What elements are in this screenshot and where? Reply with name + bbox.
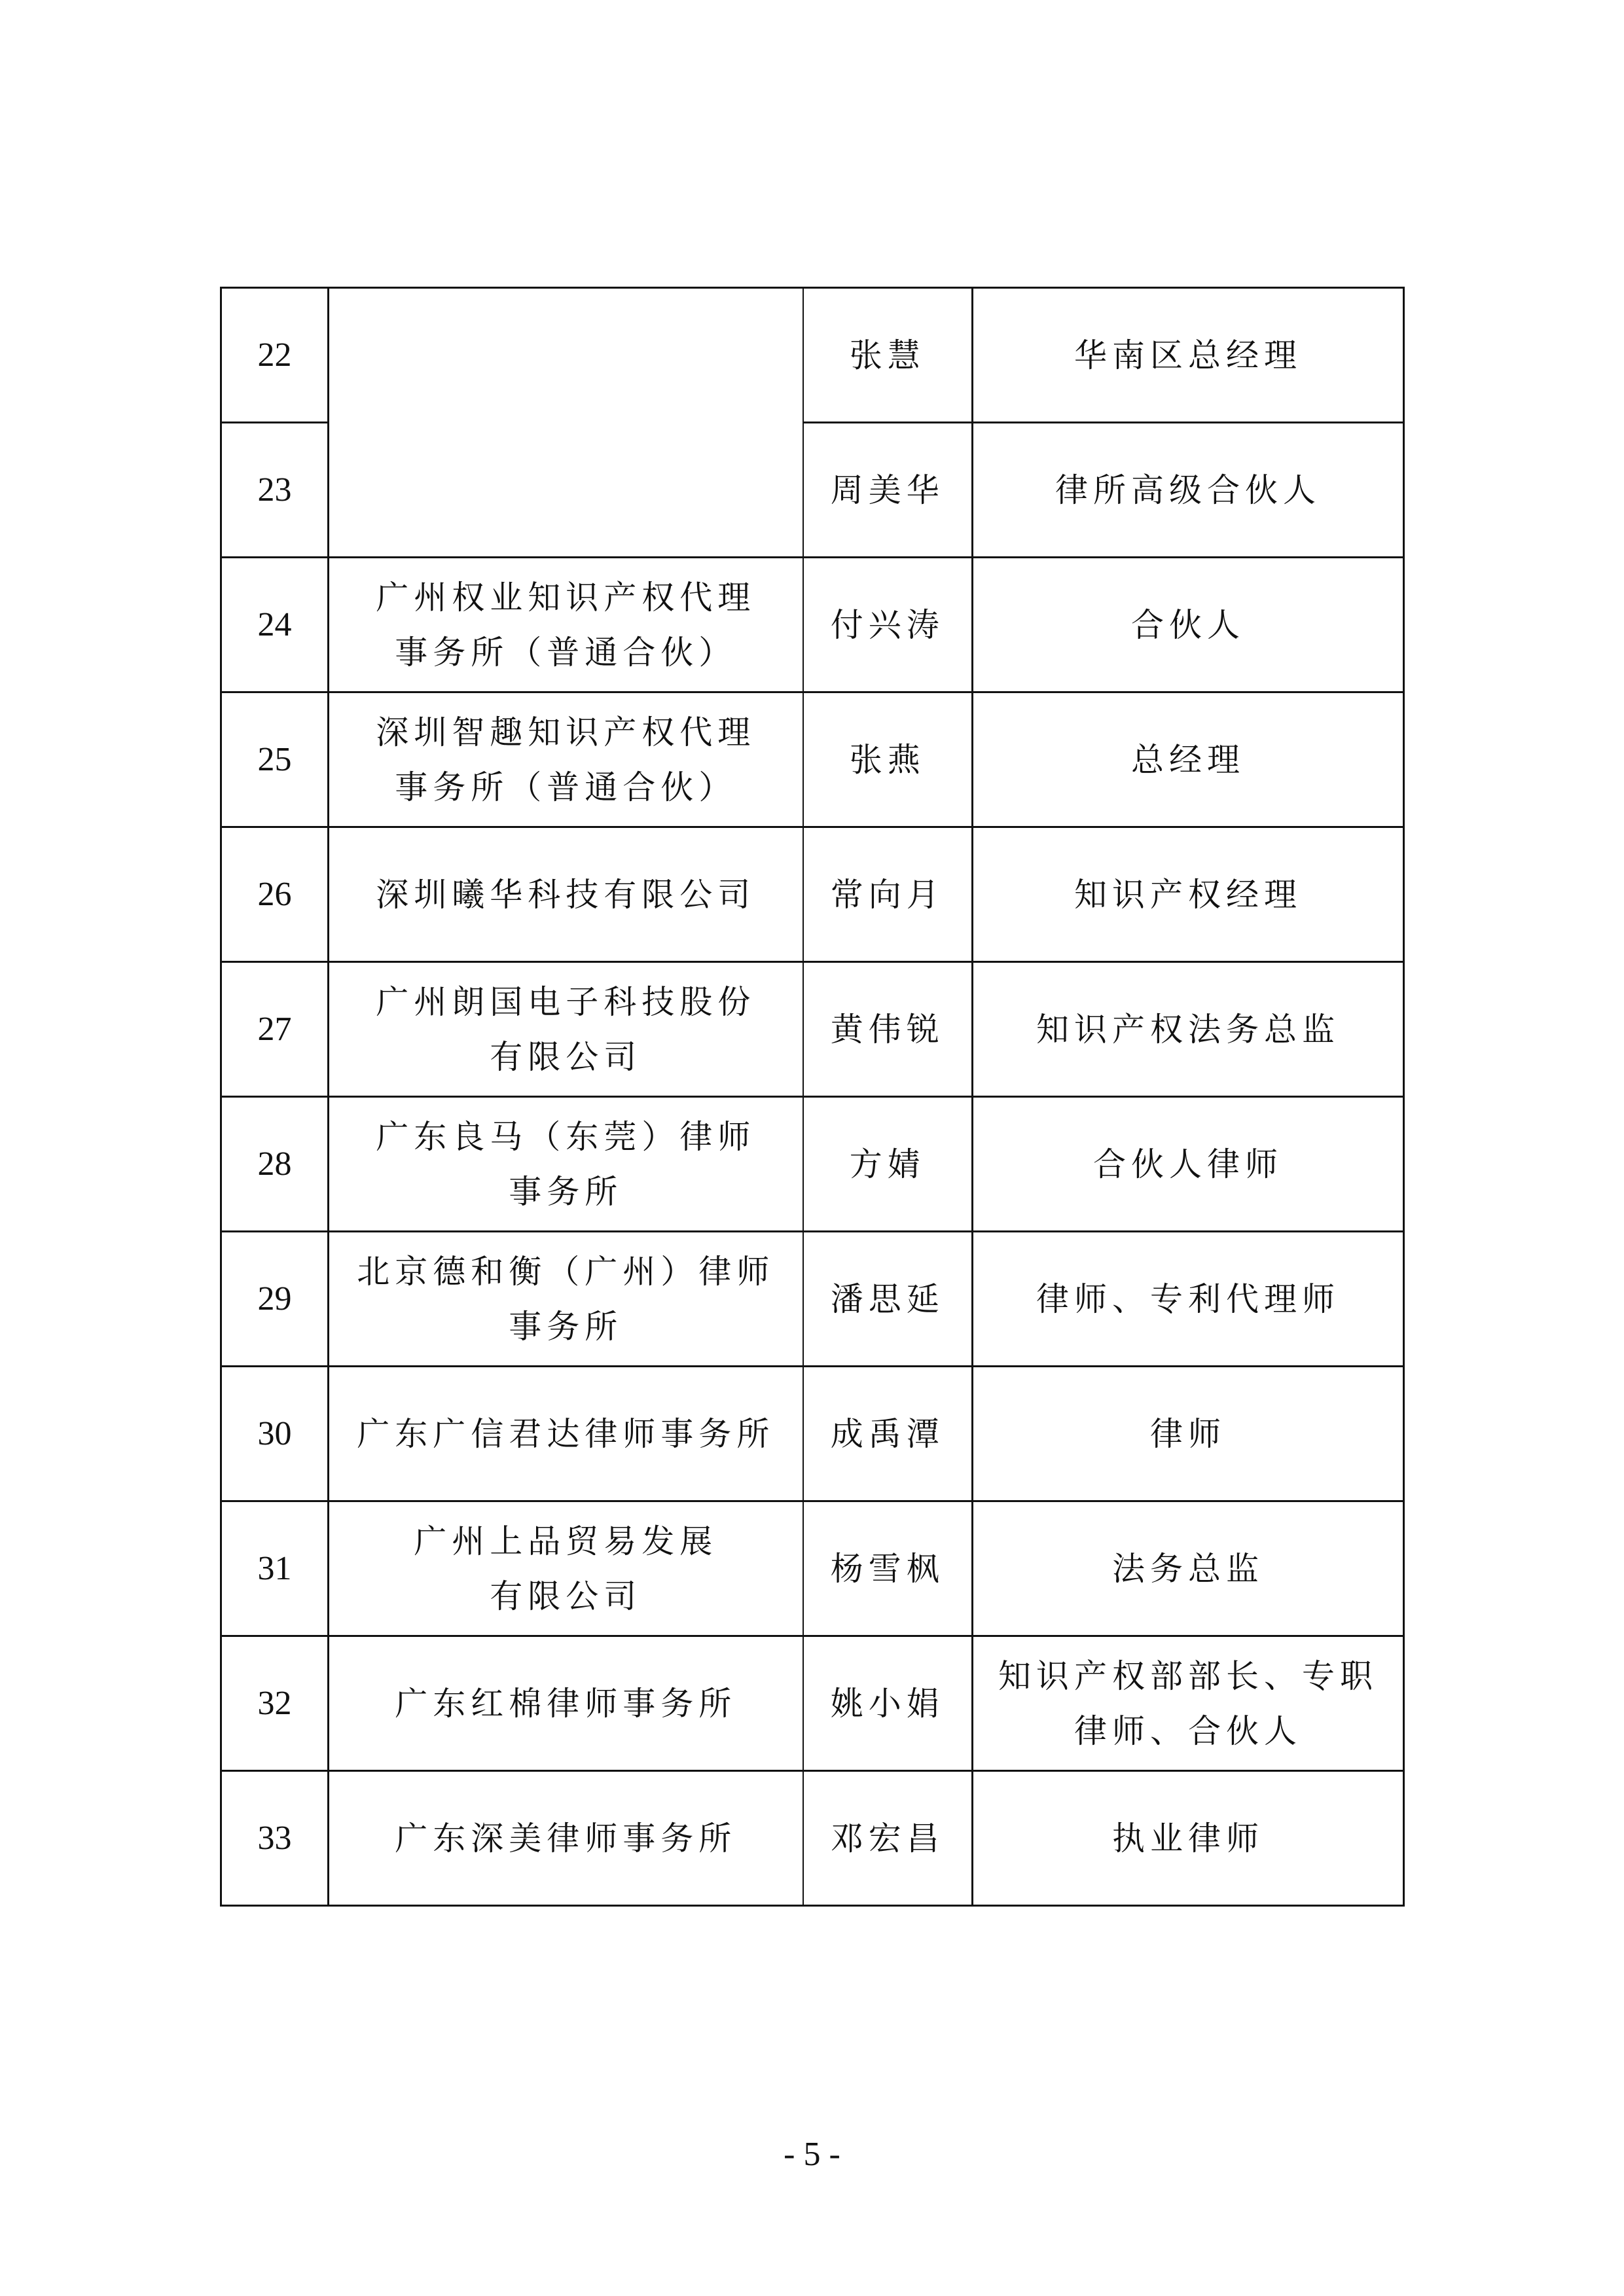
position-line: 知识产权部部长、专职 bbox=[980, 1649, 1396, 1704]
position-title: 律所高级合伙人 bbox=[973, 423, 1404, 558]
position-title: 合伙人律师 bbox=[973, 1097, 1404, 1232]
position-title: 知识产权部部长、专职 律师、合伙人 bbox=[973, 1636, 1404, 1771]
row-number: 23 bbox=[221, 423, 329, 558]
row-number: 32 bbox=[221, 1636, 329, 1771]
position-title: 总经理 bbox=[973, 692, 1404, 827]
table-row: 27 广州朗国电子科技股份 有限公司 黄伟锐 知识产权法务总监 bbox=[221, 962, 1404, 1097]
organization-line: 广东深美律师事务所 bbox=[336, 1811, 796, 1866]
organization-cell: 深圳曦华科技有限公司 bbox=[329, 827, 803, 962]
position-line: 法务总监 bbox=[980, 1541, 1396, 1596]
table-row: 32 广东红棉律师事务所 姚小娟 知识产权部部长、专职 律师、合伙人 bbox=[221, 1636, 1404, 1771]
row-number: 31 bbox=[221, 1501, 329, 1636]
page-number: - 5 - bbox=[0, 2135, 1624, 2174]
table-row: 29 北京德和衡（广州）律师 事务所 潘思延 律师、专利代理师 bbox=[221, 1232, 1404, 1367]
organization-line: 事务所 bbox=[336, 1299, 796, 1354]
organization-cell bbox=[329, 288, 803, 558]
position-line: 合伙人 bbox=[980, 598, 1396, 653]
row-number: 22 bbox=[221, 288, 329, 423]
person-name: 付兴涛 bbox=[803, 558, 973, 692]
table-row: 28 广东良马（东莞）律师 事务所 方婧 合伙人律师 bbox=[221, 1097, 1404, 1232]
position-line: 知识产权经理 bbox=[980, 867, 1396, 922]
organization-line: 事务所（普通合伙） bbox=[336, 760, 796, 815]
row-number: 29 bbox=[221, 1232, 329, 1367]
person-name: 杨雪枫 bbox=[803, 1501, 973, 1636]
position-line: 执业律师 bbox=[980, 1811, 1396, 1866]
organization-line: 广州权业知识产权代理 bbox=[336, 570, 796, 625]
organization-line: 有限公司 bbox=[336, 1569, 796, 1624]
person-name: 周美华 bbox=[803, 423, 973, 558]
organization-cell: 广东深美律师事务所 bbox=[329, 1771, 803, 1906]
organization-cell: 广东良马（东莞）律师 事务所 bbox=[329, 1097, 803, 1232]
organization-line: 北京德和衡（广州）律师 bbox=[336, 1244, 796, 1299]
organization-cell: 广州朗国电子科技股份 有限公司 bbox=[329, 962, 803, 1097]
position-title: 知识产权法务总监 bbox=[973, 962, 1404, 1097]
organization-line: 深圳曦华科技有限公司 bbox=[336, 867, 796, 922]
organization-cell: 北京德和衡（广州）律师 事务所 bbox=[329, 1232, 803, 1367]
row-number: 30 bbox=[221, 1367, 329, 1501]
position-title: 法务总监 bbox=[973, 1501, 1404, 1636]
organization-line: 广州上品贸易发展 bbox=[336, 1514, 796, 1569]
position-title: 华南区总经理 bbox=[973, 288, 1404, 423]
person-name: 张燕 bbox=[803, 692, 973, 827]
organization-line: 广东广信君达律师事务所 bbox=[336, 1407, 796, 1462]
person-name: 成禹潭 bbox=[803, 1367, 973, 1501]
position-title: 执业律师 bbox=[973, 1771, 1404, 1906]
row-number: 27 bbox=[221, 962, 329, 1097]
organization-line: 广州朗国电子科技股份 bbox=[336, 975, 796, 1030]
table-row: 26 深圳曦华科技有限公司 常向月 知识产权经理 bbox=[221, 827, 1404, 962]
position-line: 总经理 bbox=[980, 732, 1396, 787]
person-name: 方婧 bbox=[803, 1097, 973, 1232]
person-name: 邓宏昌 bbox=[803, 1771, 973, 1906]
person-name: 黄伟锐 bbox=[803, 962, 973, 1097]
position-line: 知识产权法务总监 bbox=[980, 1002, 1396, 1057]
table-row: 30 广东广信君达律师事务所 成禹潭 律师 bbox=[221, 1367, 1404, 1501]
position-title: 律师 bbox=[973, 1367, 1404, 1501]
organization-cell: 广州上品贸易发展 有限公司 bbox=[329, 1501, 803, 1636]
position-line: 律所高级合伙人 bbox=[980, 463, 1396, 518]
table-row: 31 广州上品贸易发展 有限公司 杨雪枫 法务总监 bbox=[221, 1501, 1404, 1636]
position-line: 律师、合伙人 bbox=[980, 1704, 1396, 1759]
position-line: 律师 bbox=[980, 1407, 1396, 1462]
organization-cell: 广东红棉律师事务所 bbox=[329, 1636, 803, 1771]
table-row: 33 广东深美律师事务所 邓宏昌 执业律师 bbox=[221, 1771, 1404, 1906]
person-name: 潘思延 bbox=[803, 1232, 973, 1367]
organization-line: 事务所（普通合伙） bbox=[336, 625, 796, 680]
person-name: 张慧 bbox=[803, 288, 973, 423]
row-number: 33 bbox=[221, 1771, 329, 1906]
row-number: 25 bbox=[221, 692, 329, 827]
table-row: 24 广州权业知识产权代理 事务所（普通合伙） 付兴涛 合伙人 bbox=[221, 558, 1404, 692]
position-title: 知识产权经理 bbox=[973, 827, 1404, 962]
position-title: 律师、专利代理师 bbox=[973, 1232, 1404, 1367]
row-number: 24 bbox=[221, 558, 329, 692]
position-title: 合伙人 bbox=[973, 558, 1404, 692]
table-row: 22 张慧 华南区总经理 bbox=[221, 288, 1404, 423]
person-name: 姚小娟 bbox=[803, 1636, 973, 1771]
organization-cell: 广东广信君达律师事务所 bbox=[329, 1367, 803, 1501]
position-line: 华南区总经理 bbox=[980, 328, 1396, 383]
table-row: 25 深圳智趣知识产权代理 事务所（普通合伙） 张燕 总经理 bbox=[221, 692, 1404, 827]
organization-line: 广东红棉律师事务所 bbox=[336, 1676, 796, 1731]
position-line: 合伙人律师 bbox=[980, 1137, 1396, 1192]
member-list-table: 22 张慧 华南区总经理 23 周美华 律所高级合伙人 24 广州权业知识产权代… bbox=[220, 287, 1405, 1907]
organization-line: 广东良马（东莞）律师 bbox=[336, 1109, 796, 1164]
row-number: 28 bbox=[221, 1097, 329, 1232]
organization-line: 有限公司 bbox=[336, 1030, 796, 1085]
organization-cell: 广州权业知识产权代理 事务所（普通合伙） bbox=[329, 558, 803, 692]
organization-line: 深圳智趣知识产权代理 bbox=[336, 705, 796, 760]
organization-line: 事务所 bbox=[336, 1164, 796, 1219]
row-number: 26 bbox=[221, 827, 329, 962]
position-line: 律师、专利代理师 bbox=[980, 1272, 1396, 1327]
organization-cell: 深圳智趣知识产权代理 事务所（普通合伙） bbox=[329, 692, 803, 827]
person-name: 常向月 bbox=[803, 827, 973, 962]
